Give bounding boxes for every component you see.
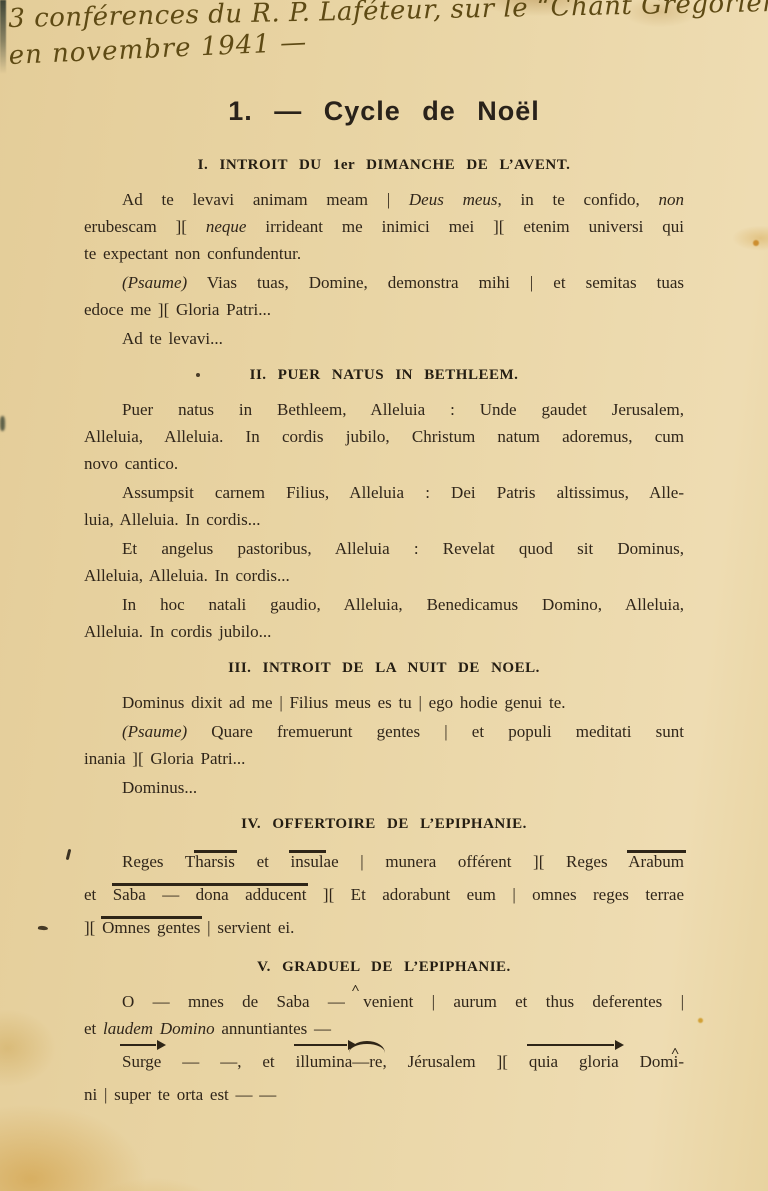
handwritten-annotation: 3 conférences du R. P. Laféteur, sur le … — [8, 2, 768, 72]
text-segment: Alleluia. In cordis jubilo... — [84, 622, 271, 641]
text-segment: O — mnes de Saba — [122, 992, 328, 1011]
text-segment: Dominus dixit ad me | Filius meus es tu … — [122, 693, 566, 712]
text-segment-i: Deus meus — [409, 190, 498, 209]
paragraph: Dominus dixit ad me | Filius meus es tu … — [84, 689, 684, 716]
text-segment: Dominus... — [122, 778, 197, 797]
text-segment-ar: Surge — [122, 1052, 161, 1071]
text-segment-ar: illumina — [296, 1052, 353, 1071]
text-line: novo cantico. — [84, 450, 684, 477]
text-segment-i: (Psaume) — [122, 273, 187, 292]
text-segment-ov: Arabum — [628, 852, 684, 871]
text-line: ni | super te orta est — — — [84, 1078, 684, 1111]
paragraph: Puer natus in Bethleem, Alleluia : Unde … — [84, 396, 684, 477]
text-segment: | servient ei. — [200, 918, 294, 937]
section-heading: V. GRADUEL DE L’EPIPHANIE. — [84, 958, 684, 976]
text-segment: erubescam ][ — [84, 217, 206, 236]
text-segment-i: non — [659, 190, 685, 209]
text-segment: , in te confido, — [498, 190, 659, 209]
paragraph: Assumpsit carnem Filius, Alleluia : Dei … — [84, 479, 684, 533]
paragraph: (Psaume) Vias tuas, Domine, demonstra mi… — [84, 269, 684, 323]
paragraph: Et angelus pastoribus, Alleluia : Revela… — [84, 535, 684, 589]
text-segment: — —, et — [161, 1052, 295, 1071]
text-line: Et angelus pastoribus, Alleluia : Revela… — [84, 535, 684, 562]
text-segment: annuntiantes — — [215, 1019, 331, 1038]
text-segment: irrideant me inimici mei ][ etenim unive… — [246, 217, 684, 236]
section-iv: IV. OFFERTOIRE DE L’EPIPHANIE.Reges Thar… — [84, 815, 684, 944]
text-line: Puer natus in Bethleem, Alleluia : Unde … — [84, 396, 684, 423]
paragraph: Ad te levavi animam meam | Deus meus, in… — [84, 186, 684, 267]
text-segment-ar: quia gloria — [529, 1052, 619, 1071]
text-line: ][ Omnes gentes | servient ei. — [84, 911, 684, 944]
text-line: Alleluia. In cordis jubilo... — [84, 618, 684, 645]
text-line: Dominus... — [84, 774, 684, 801]
text-segment: ae | munera offérent ][ Reges — [324, 852, 629, 871]
text-segment: Ad te levavi animam meam | — [122, 190, 409, 209]
paragraph: (Psaume) Quare fremuerunt gentes | et po… — [84, 718, 684, 772]
text-segment: , Jérusalem ][ — [382, 1052, 528, 1071]
paragraph: Surge — —, et illumina—re, Jérusalem ][ … — [84, 1045, 684, 1111]
text-segment: Vias tuas, Domine, demonstra mihi | et s… — [187, 273, 684, 292]
ink-speck-margin — [66, 849, 72, 860]
paragraph: Reges Tharsis et insulae | munera offére… — [84, 845, 684, 944]
text-line: O — mnes de Saba — venient | aurum et th… — [84, 988, 684, 1015]
text-segment-ov: insul — [290, 852, 323, 871]
text-line: (Psaume) Quare fremuerunt gentes | et po… — [84, 718, 684, 745]
section-i: I. INTROIT DU 1er DIMANCHE DE L’AVENT.Ad… — [84, 156, 684, 352]
text-segment: Ad te levavi... — [122, 329, 223, 348]
scanned-document-page: 3 conférences du R. P. Laféteur, sur le … — [0, 0, 768, 1191]
text-segment: novo cantico. — [84, 454, 178, 473]
scanner-edge-artifact — [0, 0, 6, 74]
section-ii: II. PUER NATUS IN BETHLEEM.Puer natus in… — [84, 366, 684, 645]
paper-stain-dot — [698, 1018, 703, 1023]
text-segment: et — [84, 885, 113, 904]
text-segment: Et angelus pastoribus, Alleluia : Revela… — [122, 539, 684, 558]
text-line: Dominus dixit ad me | Filius meus es tu … — [84, 689, 684, 716]
text-segment: edoce me ][ Gloria Patri... — [84, 300, 271, 319]
text-line: inania ][ Gloria Patri... — [84, 745, 684, 772]
section-v: V. GRADUEL DE L’EPIPHANIE.O — mnes de Sa… — [84, 958, 684, 1111]
text-line: te expectant non confundentur. — [84, 240, 684, 267]
text-line: Alleluia, Alleluia. In cordis jubilo, Ch… — [84, 423, 684, 450]
text-segment-ca: o — [652, 1052, 661, 1071]
text-segment: venient | aurum et thus deferentes | — [345, 992, 684, 1011]
text-segment: et — [84, 1019, 103, 1038]
text-segment: ][ — [84, 918, 102, 937]
text-segment-ov: Saba — dona adducent — [113, 885, 307, 904]
paragraph: In hoc natali gaudio, Alleluia, Benedica… — [84, 591, 684, 645]
text-segment: Reges T — [122, 852, 195, 871]
text-line: Assumpsit carnem Filius, Alleluia : Dei … — [84, 479, 684, 506]
text-segment-ca: — — [328, 992, 345, 1011]
text-line: Surge — —, et illumina—re, Jérusalem ][ … — [84, 1045, 684, 1078]
text-segment-ov: harsis — [195, 852, 235, 871]
text-segment: te expectant non confundentur. — [84, 244, 301, 263]
text-segment: et — [235, 852, 291, 871]
page-title: 1. — Cycle de Noël — [0, 96, 768, 127]
document-body: I. INTROIT DU 1er DIMANCHE DE L’AVENT.Ad… — [84, 148, 684, 1113]
text-segment: inania ][ Gloria Patri... — [84, 749, 245, 768]
section-heading: II. PUER NATUS IN BETHLEEM. — [84, 366, 684, 384]
text-line: Ad te levavi animam meam | Deus meus, in… — [84, 186, 684, 213]
text-segment-i: (Psaume) — [122, 722, 187, 741]
text-line: erubescam ][ neque irrideant me inimici … — [84, 213, 684, 240]
section-heading: IV. OFFERTOIRE DE L’EPIPHANIE. — [84, 815, 684, 833]
paper-edge-speck — [0, 416, 5, 431]
text-segment: Alleluia, Alleluia. In cordis jubilo, Ch… — [84, 427, 684, 446]
text-segment-ov: Omnes gentes — [102, 918, 200, 937]
section-heading: III. INTROIT DE LA NUIT DE NOEL. — [84, 659, 684, 677]
text-segment: luia, Alleluia. In cordis... — [84, 510, 261, 529]
text-segment: ][ Et adorabunt eum | omnes reges terrae — [306, 885, 684, 904]
paper-stain-dot — [753, 240, 759, 246]
text-line: et Saba — dona adducent ][ Et adorabunt … — [84, 878, 684, 911]
text-segment-i: laudem Domino — [103, 1019, 215, 1038]
text-segment: Puer natus in Bethleem, Alleluia : Unde … — [122, 400, 684, 419]
text-line: luia, Alleluia. In cordis... — [84, 506, 684, 533]
text-line: (Psaume) Vias tuas, Domine, demonstra mi… — [84, 269, 684, 296]
text-segment: Alleluia, Alleluia. In cordis... — [84, 566, 290, 585]
text-segment: ni | super te orta est — — — [84, 1085, 276, 1104]
text-segment-arc: —re — [352, 1052, 382, 1071]
paragraph: Dominus... — [84, 774, 684, 801]
text-line: et laudem Domino annuntiantes — — [84, 1015, 684, 1042]
text-line: Alleluia, Alleluia. In cordis... — [84, 562, 684, 589]
section-heading: I. INTROIT DU 1er DIMANCHE DE L’AVENT. — [84, 156, 684, 174]
text-segment: In hoc natali gaudio, Alleluia, Benedica… — [122, 595, 684, 614]
text-segment: Quare fremuerunt gentes | et populi medi… — [187, 722, 684, 741]
section-iii: III. INTROIT DE LA NUIT DE NOEL.Dominus … — [84, 659, 684, 801]
ink-mark-margin — [38, 925, 48, 930]
text-line: In hoc natali gaudio, Alleluia, Benedica… — [84, 591, 684, 618]
paragraph: Ad te levavi... — [84, 325, 684, 352]
paragraph: O — mnes de Saba — venient | aurum et th… — [84, 988, 684, 1042]
text-segment-i: neque — [206, 217, 247, 236]
text-line: Reges Tharsis et insulae | munera offére… — [84, 845, 684, 878]
text-line: Ad te levavi... — [84, 325, 684, 352]
text-line: edoce me ][ Gloria Patri... — [84, 296, 684, 323]
text-segment: Assumpsit carnem Filius, Alleluia : Dei … — [122, 483, 684, 502]
